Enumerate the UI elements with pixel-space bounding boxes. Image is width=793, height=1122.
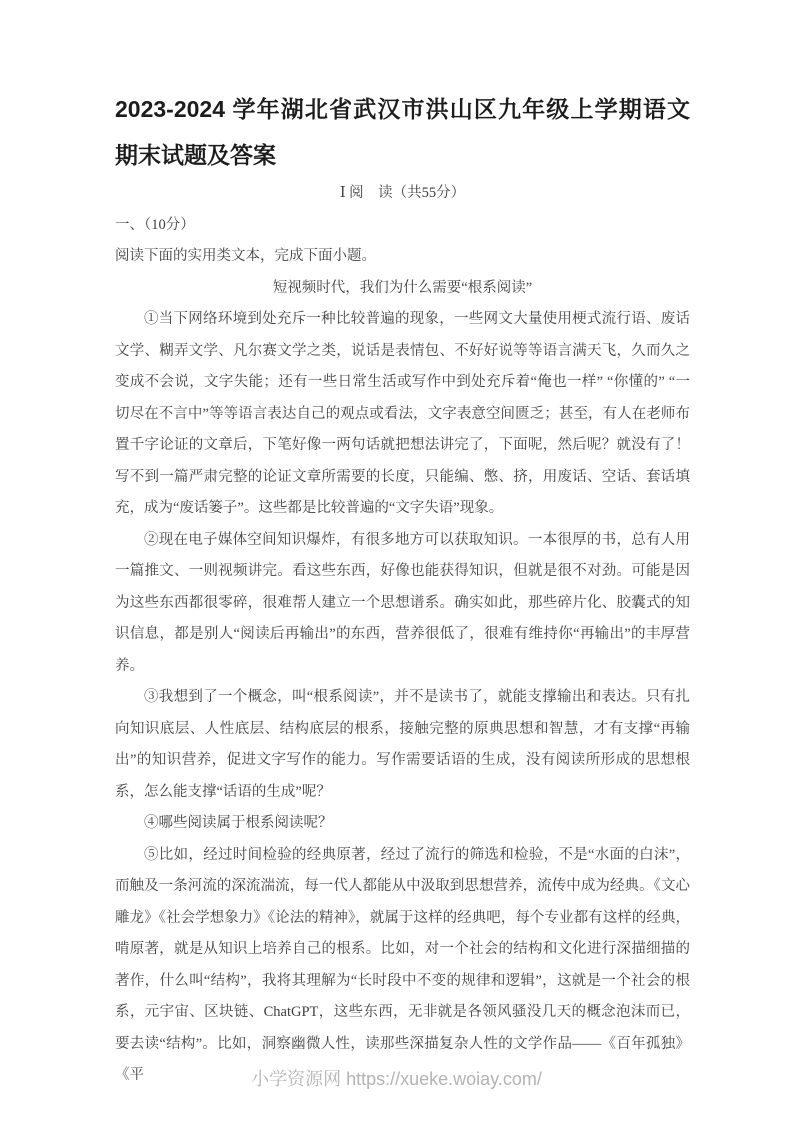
essay-title: 短视频时代，我们为什么需要“根系阅读”: [115, 273, 690, 305]
question-number: 一、（10分）: [115, 210, 690, 242]
essay-paragraph-4: ④哪些阅读属于根系阅读呢？: [115, 808, 690, 840]
document-title: 2023-2024 学年湖北省武汉市洪山区九年级上学期语文期末试题及答案: [115, 86, 690, 178]
essay-paragraph-1: ①当下网络环境到处充斥一种比较普遍的现象，一些网文大量使用梗式流行语、废话文学、…: [115, 304, 690, 525]
essay-paragraph-2: ②现在电子媒体空间知识爆炸，有很多地方可以获取知识。一本很厚的书，总有人用一篇推…: [115, 525, 690, 683]
page: { "document": { "title": "2023-2024 学年湖北…: [0, 0, 793, 1122]
section-header: Ⅰ 阅 读（共55分）: [115, 178, 690, 210]
watermark-footer: 小学资源网 https://xueke.woiay.com/: [0, 1066, 793, 1092]
essay-paragraph-5: ⑤比如，经过时间检验的经典原著，经过了流行的筛选和检验，不是“水面的白沫”，而触…: [115, 840, 690, 1092]
reading-instruction: 阅读下面的实用类文本，完成下面小题。: [115, 241, 690, 273]
exam-document: 2023-2024 学年湖北省武汉市洪山区九年级上学期语文期末试题及答案 Ⅰ 阅…: [0, 0, 793, 1122]
essay-paragraph-3: ③我想到了一个概念，叫“根系阅读”，并不是读书了，就能支撑输出和表达。只有扎向知…: [115, 682, 690, 808]
